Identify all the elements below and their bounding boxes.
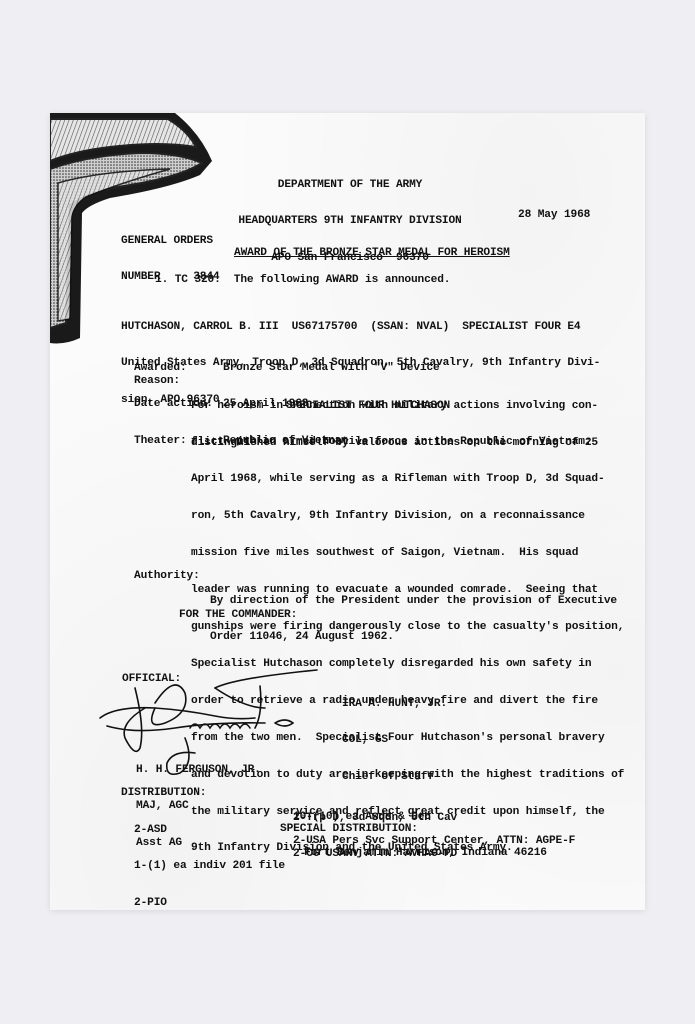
order-title: AWARD OF THE BRONZE STAR MEDAL FOR HEROI… <box>234 247 510 259</box>
authority-label: Authority: <box>134 570 200 582</box>
distribution-item: 1-(1) ea indiv 201 file <box>134 860 285 872</box>
recipient-line-1: HUTCHASON, CARROL B. III US67175700 (SSA… <box>121 321 600 333</box>
handwritten-signature-icon <box>95 668 325 778</box>
reason-body-line: April 1968, while serving as a Rifleman … <box>191 473 624 485</box>
awarded-label: Awarded: <box>134 362 213 374</box>
distribution-label: DISTRIBUTION: <box>121 787 206 799</box>
commander-rank: COL, GS <box>342 734 447 746</box>
authority-line: Order 11046, 24 August 1962. <box>210 631 617 643</box>
reason-label: Reason: <box>134 375 180 387</box>
scanned-document-page: DEPARTMENT OF THE ARMY HEADQUARTERS 9TH … <box>50 113 645 910</box>
header-headquarters: HEADQUARTERS 9TH INFANTRY DIVISION <box>200 215 500 227</box>
reason-heading: SPECIALIST FOUR HUTCHASON <box>286 400 450 412</box>
for-the-commander: FOR THE COMMANDER: <box>179 609 297 621</box>
authority-line: By direction of the President under the … <box>210 595 617 607</box>
reason-body-line: distinguished himself by valorous action… <box>191 437 624 449</box>
order-date: 28 May 1968 <box>518 209 590 221</box>
special-distribution-label: SPECIAL DISTRIBUTION: <box>280 823 418 835</box>
reason-body-line: mission five miles southwest of Saigon, … <box>191 547 624 559</box>
general-orders-block: GENERAL ORDERS NUMBER 3844 <box>121 210 219 308</box>
special-distribution-line-2: Fort Benjamin Harrison, Indiana 46216 <box>304 847 547 859</box>
distribution-left-list: 2-ASD 1-(1) ea indiv 201 file 2-PIO 2-AV… <box>134 799 285 910</box>
special-distribution-line-1: 2-USA Pers Svc Support Center, ATTN: AGP… <box>293 835 575 847</box>
reason-body-line: ron, 5th Cavalry, 9th Infantry Division,… <box>191 510 624 522</box>
commander-title: Chief of Staff <box>342 771 447 783</box>
general-orders-label: GENERAL ORDERS <box>121 235 219 247</box>
distribution-item-awds: 10-(10) ea Awds & Dec <box>293 811 431 823</box>
awarded-value: Bronze Star Medal with "V" Device <box>223 362 440 374</box>
commander-name: IRA A. HUNT, JR. <box>342 698 447 710</box>
header-department: DEPARTMENT OF THE ARMY <box>200 179 500 191</box>
distribution-item: 2-ASD <box>134 824 285 836</box>
intro-line: 1. TC 320. The following AWARD is announ… <box>155 274 450 286</box>
distribution-item: 2-PIO <box>134 897 285 909</box>
